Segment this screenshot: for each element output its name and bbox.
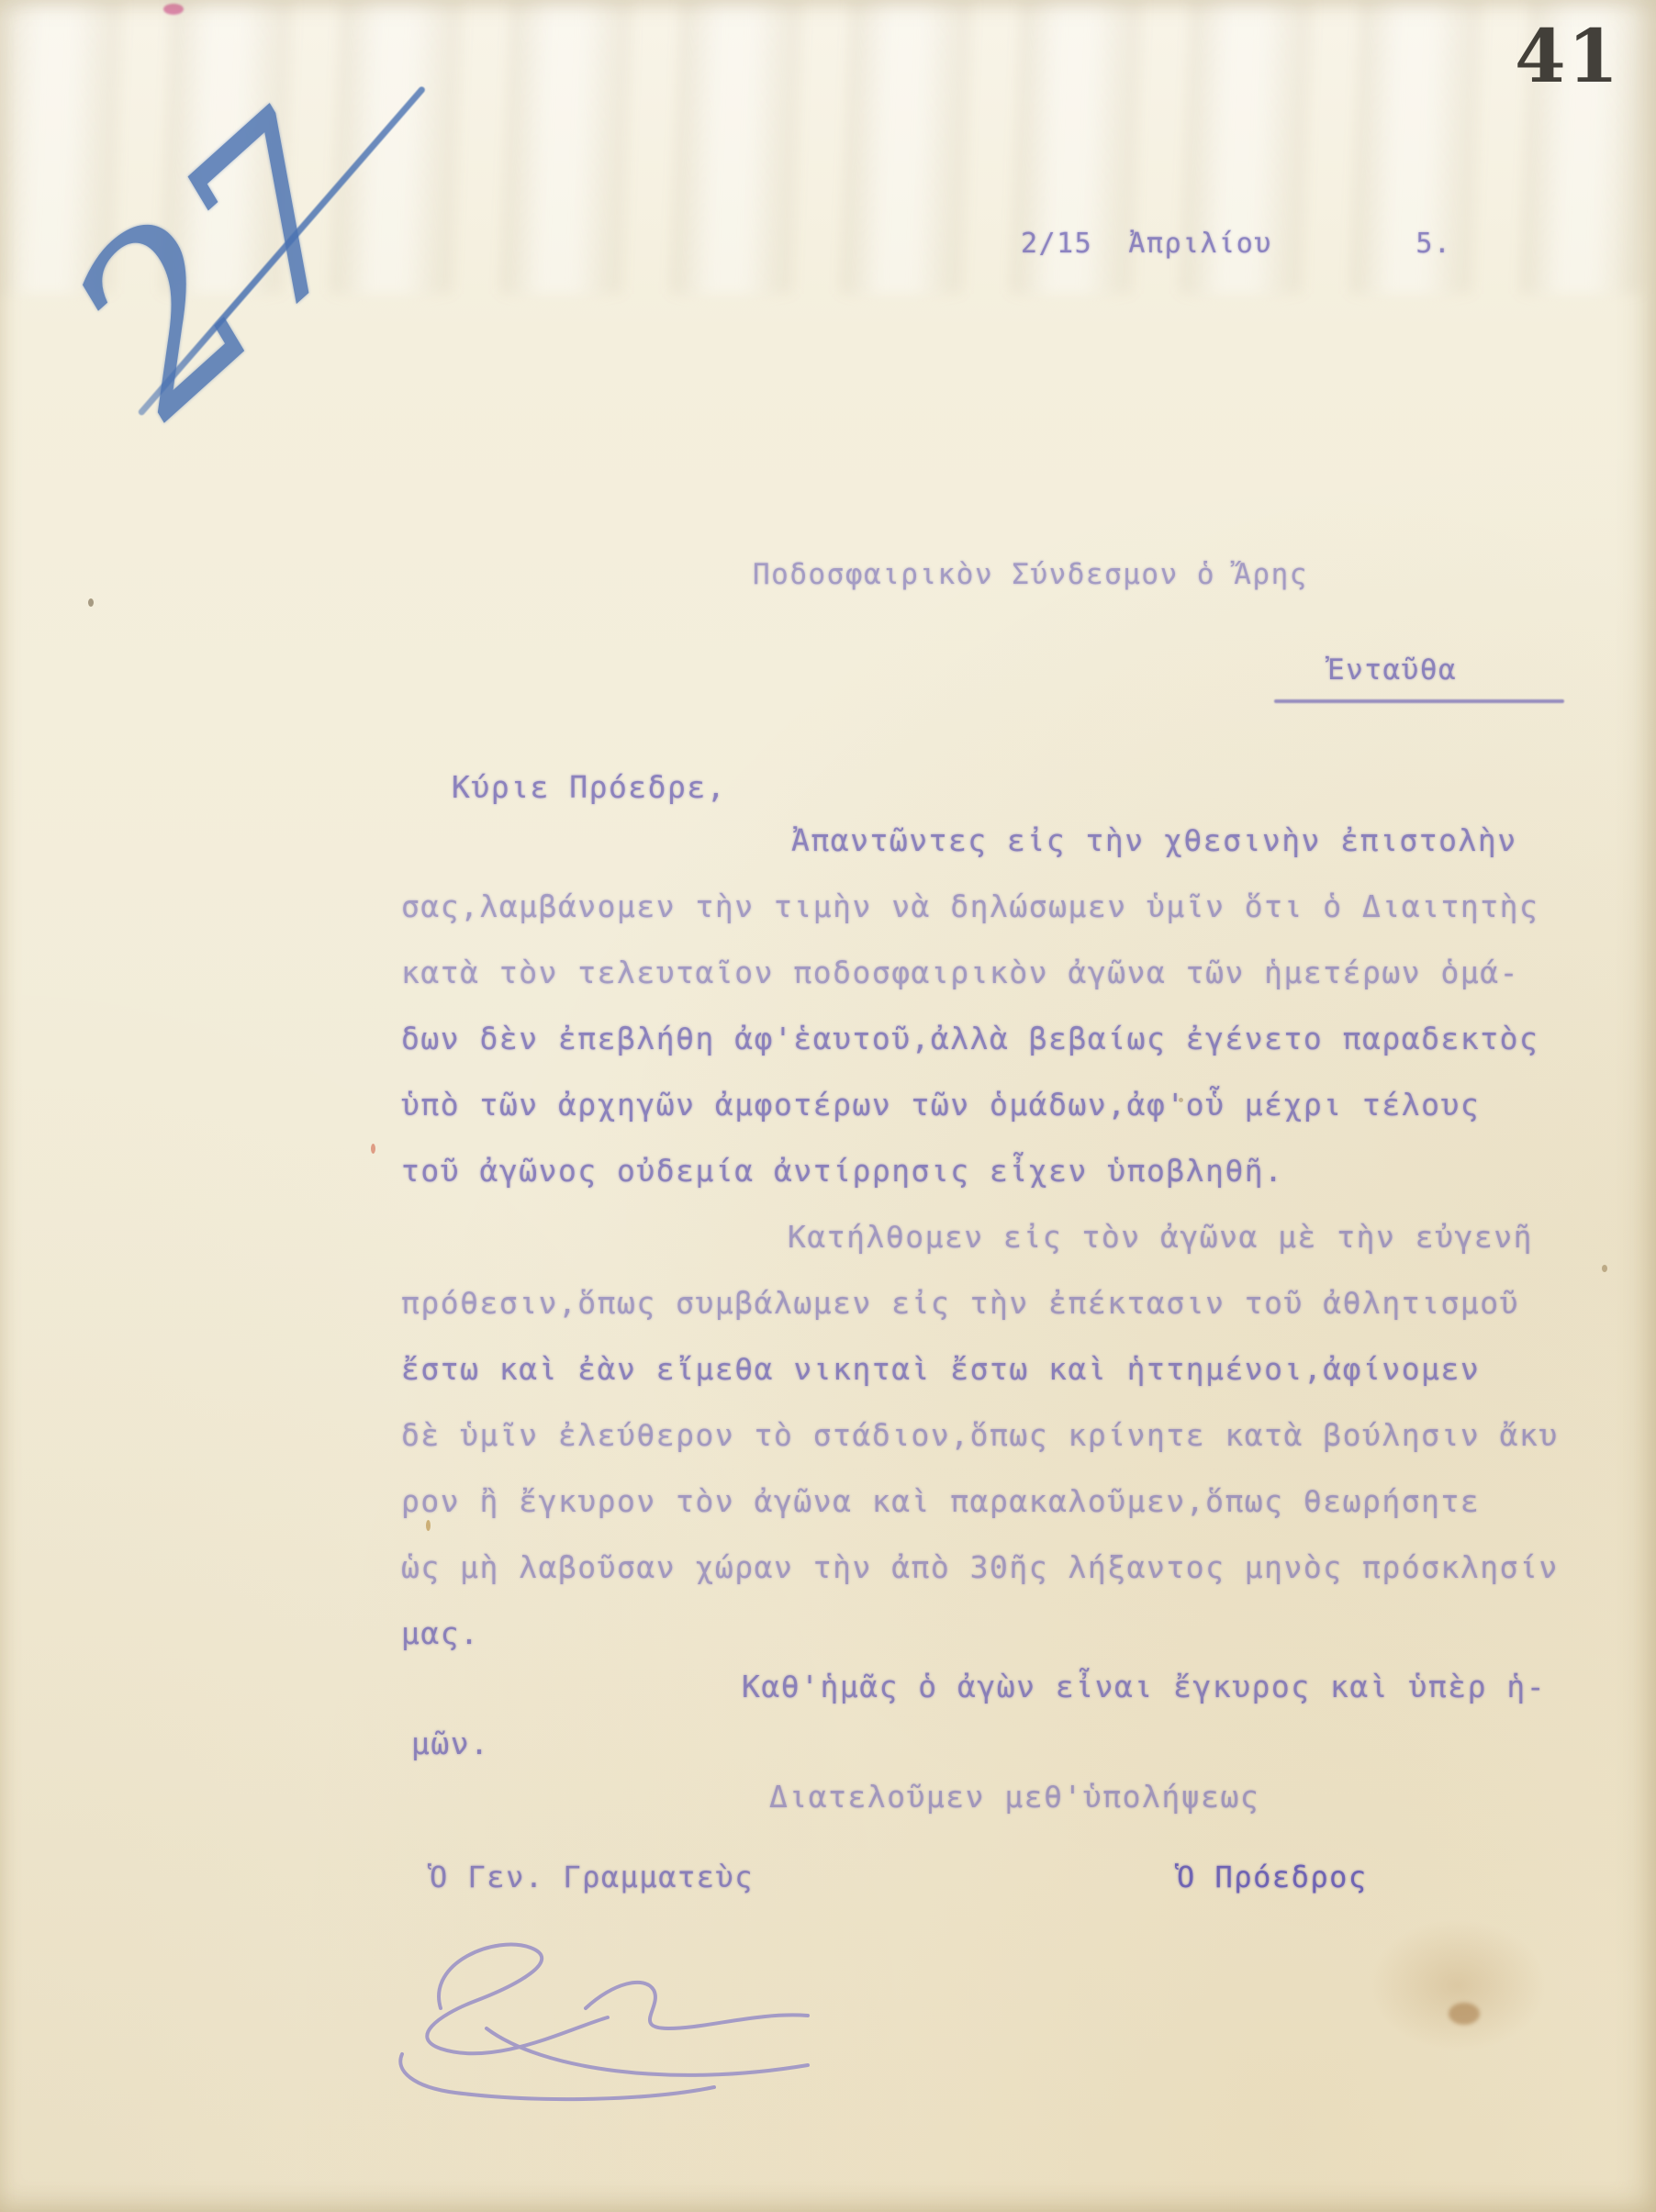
body-line: μῶν. (411, 1726, 489, 1761)
body-line: Κατήλθομεν εἰς τὸν ἀγῶνα μὲ τὴν εὐγενῆ (788, 1219, 1533, 1255)
paper-speck (371, 1144, 375, 1154)
date-line: 2/15 Ἀπριλίου 5. (1021, 228, 1451, 260)
place-underline (1274, 699, 1564, 703)
body-line: ὡς μὴ λαβοῦσαν χώραν τὴν ἀπὸ 30ῆς λήξαντ… (401, 1549, 1559, 1585)
page-number-stamp: 41 (1515, 13, 1620, 99)
body-line: ἔστω καὶ ἐὰν εἴμεθα νικηταὶ ἔστω καὶ ἡττ… (401, 1351, 1480, 1387)
paper-speck (1602, 1265, 1607, 1272)
body-line: μας. (401, 1615, 479, 1651)
pink-mark (163, 4, 184, 15)
place-line: Ἐνταῦθα (1327, 654, 1457, 687)
paper-speck (426, 1520, 431, 1531)
body-line: κατὰ τὸν τελευταῖον ποδοσφαιρικὸν ἀγῶνα … (401, 955, 1519, 990)
secretary-title: Ὁ Γεν. Γραμματεὺς (430, 1860, 754, 1894)
body-line: ὑπὸ τῶν ἀρχηγῶν ἀμφοτέρων τῶν ὁμάδων,ἀφ'… (401, 1087, 1480, 1123)
body-line: Ἀπαντῶντες εἰς τὴν χθεσινὴν ἐπιστολὴν (791, 822, 1517, 858)
secretary-signature (376, 1891, 890, 2111)
president-title: Ὁ Πρόεδρος (1177, 1860, 1368, 1894)
body-line: δων δὲν ἐπεβλήθη ἀφ'ἑαυτοῦ,ἀλλὰ βεβαίως … (401, 1021, 1539, 1056)
body-line: ρον ἢ ἔγκυρον τὸν ἀγῶνα καὶ παρακαλοῦμεν… (401, 1483, 1480, 1519)
handwritten-number: 27 (35, 45, 515, 524)
closing-line: Διατελοῦμεν μεθ'ὑπολήψεως (769, 1779, 1259, 1815)
paper-stain (1366, 1916, 1550, 2054)
paper-speck (88, 598, 94, 607)
salutation: Κύριε Πρόεδρε, (452, 769, 726, 805)
body-line: πρόθεσιν,ὅπως συμβάλωμεν εἰς τὴν ἐπέκτασ… (401, 1285, 1519, 1321)
body-line: δὲ ὑμῖν ἐλεύθερον τὸ στάδιον,ὅπως κρίνητ… (401, 1417, 1559, 1453)
body-line: Καθ'ἡμᾶς ὁ ἀγὼν εἶναι ἔγκυρος καὶ ὑπὲρ ἡ… (742, 1669, 1546, 1704)
paper-stain (1449, 2003, 1480, 2025)
letter-page: 41 27 2/15 Ἀπριλίου 5. Ποδοσφαιρικὸν Σύν… (0, 0, 1656, 2212)
body-line: τοῦ ἀγῶνος οὐδεμία ἀντίρρησις εἶχεν ὑποβ… (401, 1153, 1284, 1189)
recipient-line: Ποδοσφαιρικὸν Σύνδεσμον ὁ Ἄρης (753, 558, 1308, 591)
body-line: σας,λαμβάνομεν τὴν τιμὴν νὰ δηλώσωμεν ὑμ… (401, 888, 1539, 924)
